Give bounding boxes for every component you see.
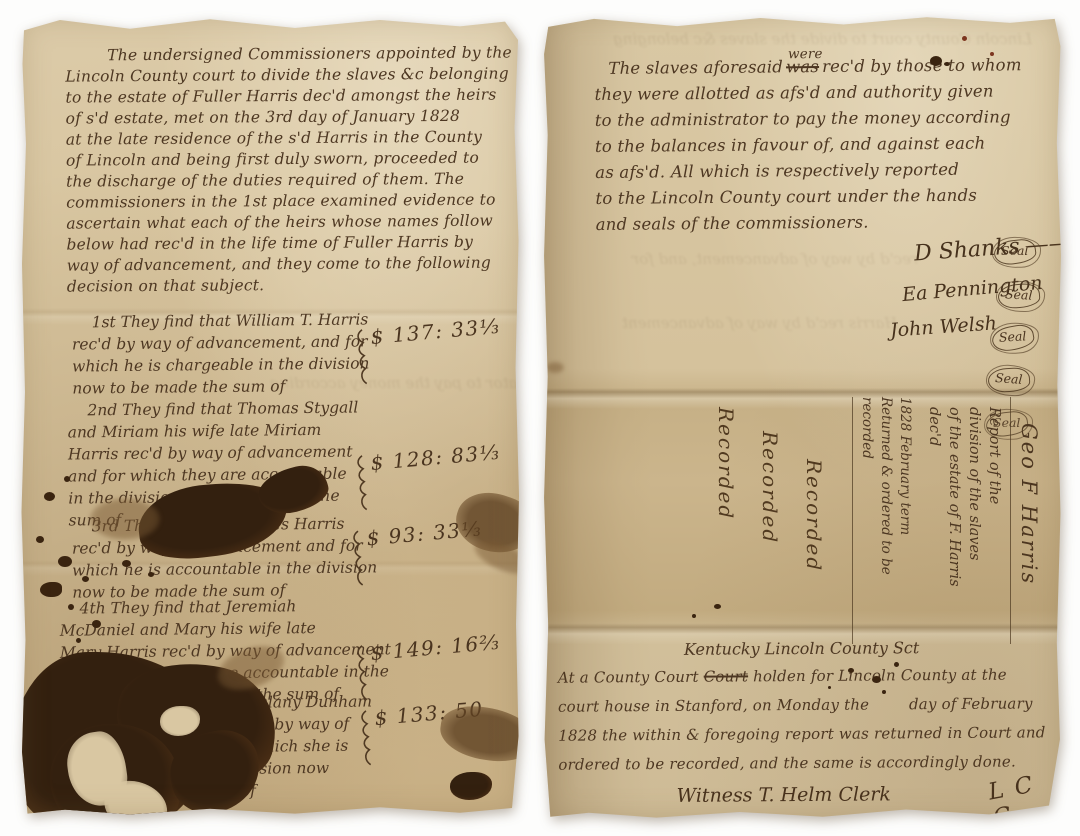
manuscript-page-right: Lincoln County court to divide the slave… <box>542 14 1062 820</box>
amount-item-4: $ 149: 16⅔ <box>354 630 505 703</box>
paper-right: Lincoln County court to divide the slave… <box>542 14 1062 820</box>
docket-endorsement: Geo F Harris Report of the division of t… <box>650 395 1045 650</box>
finding-item-2: 2nd They find that Thomas Stygall and Mi… <box>67 396 359 531</box>
recorded-word: Recorded <box>704 407 748 650</box>
seal-label: Seal <box>995 370 1023 387</box>
manuscript-line: now to be made the sum of <box>72 374 370 399</box>
manuscript-line: which he is chargeable in the division <box>72 352 370 377</box>
ink-smudge-left-edge <box>546 362 564 373</box>
manuscript-line: advancement and for which she is <box>80 734 373 759</box>
docket-line: division of the slaves <box>964 407 984 650</box>
finding-item-5: 5th They find that Dulany Dunham late Du… <box>79 690 373 803</box>
clerk-initials-flourish: L C C <box>986 770 1050 831</box>
manuscript-line: The slaves aforesaidwerewasrec'd by thos… <box>594 52 1049 82</box>
seal-label: Seal <box>999 328 1027 344</box>
seal-scribble-1: Seal <box>994 240 1036 264</box>
manuscript-line: 3rd They find that Moses Harris <box>72 512 377 537</box>
clerk-witness-line: Witness T. Helm Clerk <box>677 783 891 806</box>
signature-john-welsh: John Welsh <box>889 312 997 341</box>
amount-value: $ 137: 33⅓ <box>370 314 502 349</box>
seal-label: Seal <box>1001 243 1028 258</box>
bleed-through-text: Harris rec'd by way of advancement <box>622 314 897 332</box>
amount-item-2: $ 128: 83⅓ <box>354 440 505 513</box>
closing-line1-pre: The slaves aforesaid <box>608 57 783 78</box>
seal-label: Seal <box>1005 286 1033 302</box>
docket-recorded-words: Recorded Recorded Recorded <box>704 395 836 650</box>
amount-value: $ 93: 33⅓ <box>366 516 484 550</box>
finding-item-1: 1st They find that William T. Harris rec… <box>72 308 370 399</box>
seal-scribble-4: Seal <box>987 367 1031 394</box>
closing-line1-post: rec'd by those to whom <box>822 55 1022 76</box>
amount-item-3: $ 93: 33⅓ <box>350 516 487 587</box>
manuscript-line: rec'd by way of advancement, and for <box>72 330 370 355</box>
manuscript-line: Harris rec'd by way of advancement <box>68 440 359 465</box>
manuscript-line: in the division now to be made the <box>68 484 359 509</box>
paper-left: to the administrator to pay the money ac… <box>20 16 520 816</box>
court-certification: Kentucky Lincoln County Sct At a County … <box>558 634 1047 779</box>
docket-term: 1828 February term Returned & ordered to… <box>857 395 914 650</box>
manuscript-line: late Dulany Harris rec'd by way of <box>80 712 373 737</box>
recorded-word: Recorded <box>748 431 792 650</box>
amount-value: $ 128: 83⅓ <box>370 440 502 475</box>
manuscript-photo: to the administrator to pay the money ac… <box>0 0 1080 836</box>
scribal-correction: werewas <box>786 54 819 80</box>
manuscript-line: way of advancement, and they come to the… <box>67 252 517 276</box>
manuscript-line: 2nd They find that Thomas Stygall <box>67 396 358 421</box>
manuscript-line: and for which they are accountable <box>68 462 359 487</box>
docket-name: Geo F Harris <box>1017 423 1041 650</box>
manuscript-line: to the balances in favour of, and agains… <box>595 130 1050 160</box>
cert-line1-pre: At a County Court <box>558 668 699 687</box>
manuscript-line: rec'd by way of advancement and for <box>72 534 377 559</box>
recorded-word: Recorded <box>792 459 836 650</box>
docket-line: Returned & ordered to be <box>876 397 895 650</box>
manuscript-line: they were allotted as afs'd and authorit… <box>594 78 1049 108</box>
amount-item-1: $ 137: 33⅓ <box>354 314 505 387</box>
docket-line: 1828 February term <box>895 397 914 650</box>
manuscript-line: 1828 the within & foregoing report was r… <box>558 718 1046 750</box>
manuscript-line: which he is accountable in the division <box>72 556 377 581</box>
certification-heading: Kentucky Lincoln County Sct <box>558 634 1046 663</box>
manuscript-line: At a County Court Court holden for Linco… <box>558 660 1046 692</box>
amount-item-5: $ 133: 50 <box>358 697 488 768</box>
struck-word: Court <box>704 667 748 685</box>
manuscript-line: 5th They find that Dulany Dunham <box>79 690 372 715</box>
manuscript-line: decision on that subject. <box>67 273 517 297</box>
manuscript-page-left: to the administrator to pay the money ac… <box>20 16 520 816</box>
manuscript-line: and seals of the commissioners. <box>596 208 1051 238</box>
manuscript-line: to the administrator to pay the money ac… <box>595 104 1050 134</box>
inserted-word: were <box>788 41 823 67</box>
manuscript-line: to the Lincoln County court under the ha… <box>595 182 1050 212</box>
docket-line: of the estate of F. Harris <box>944 407 964 650</box>
manuscript-line: ordered to be recorded, and the same is … <box>558 747 1046 779</box>
seal-scribble-2: Seal <box>997 283 1040 309</box>
opening-paragraph: The undersigned Commissioners appointed … <box>65 42 517 297</box>
finding-item-3: 3rd They find that Moses Harris rec'd by… <box>72 512 378 603</box>
docket-line: recorded <box>857 397 876 650</box>
docket-title: Report of the division of the slaves of … <box>924 395 1004 650</box>
cert-line1-post: holden for Lincoln County at the <box>753 666 1007 686</box>
manuscript-line: and Miriam his wife late Miriam <box>68 418 359 443</box>
manuscript-line: 1st They find that William T. Harris <box>72 308 370 333</box>
manuscript-line: to be made the sum of <box>80 778 373 803</box>
docket-rule <box>852 397 853 644</box>
bleed-through-text: rec'd by way of advancement, and for <box>632 250 918 268</box>
manuscript-line: and for which they are accountable in th… <box>60 660 391 685</box>
manuscript-line: as afs'd. All which is respectively repo… <box>595 156 1050 186</box>
manuscript-line: court house in Stanford, on Monday the d… <box>558 689 1046 721</box>
docket-line: Report of the <box>984 407 1004 650</box>
seal-scribble-3: Seal <box>991 325 1034 351</box>
manuscript-line: accountable in the division now <box>80 756 373 781</box>
closing-paragraph: The slaves aforesaidwerewasrec'd by thos… <box>594 52 1051 238</box>
docket-rule <box>1010 397 1011 644</box>
docket-line: dec'd <box>924 407 944 650</box>
